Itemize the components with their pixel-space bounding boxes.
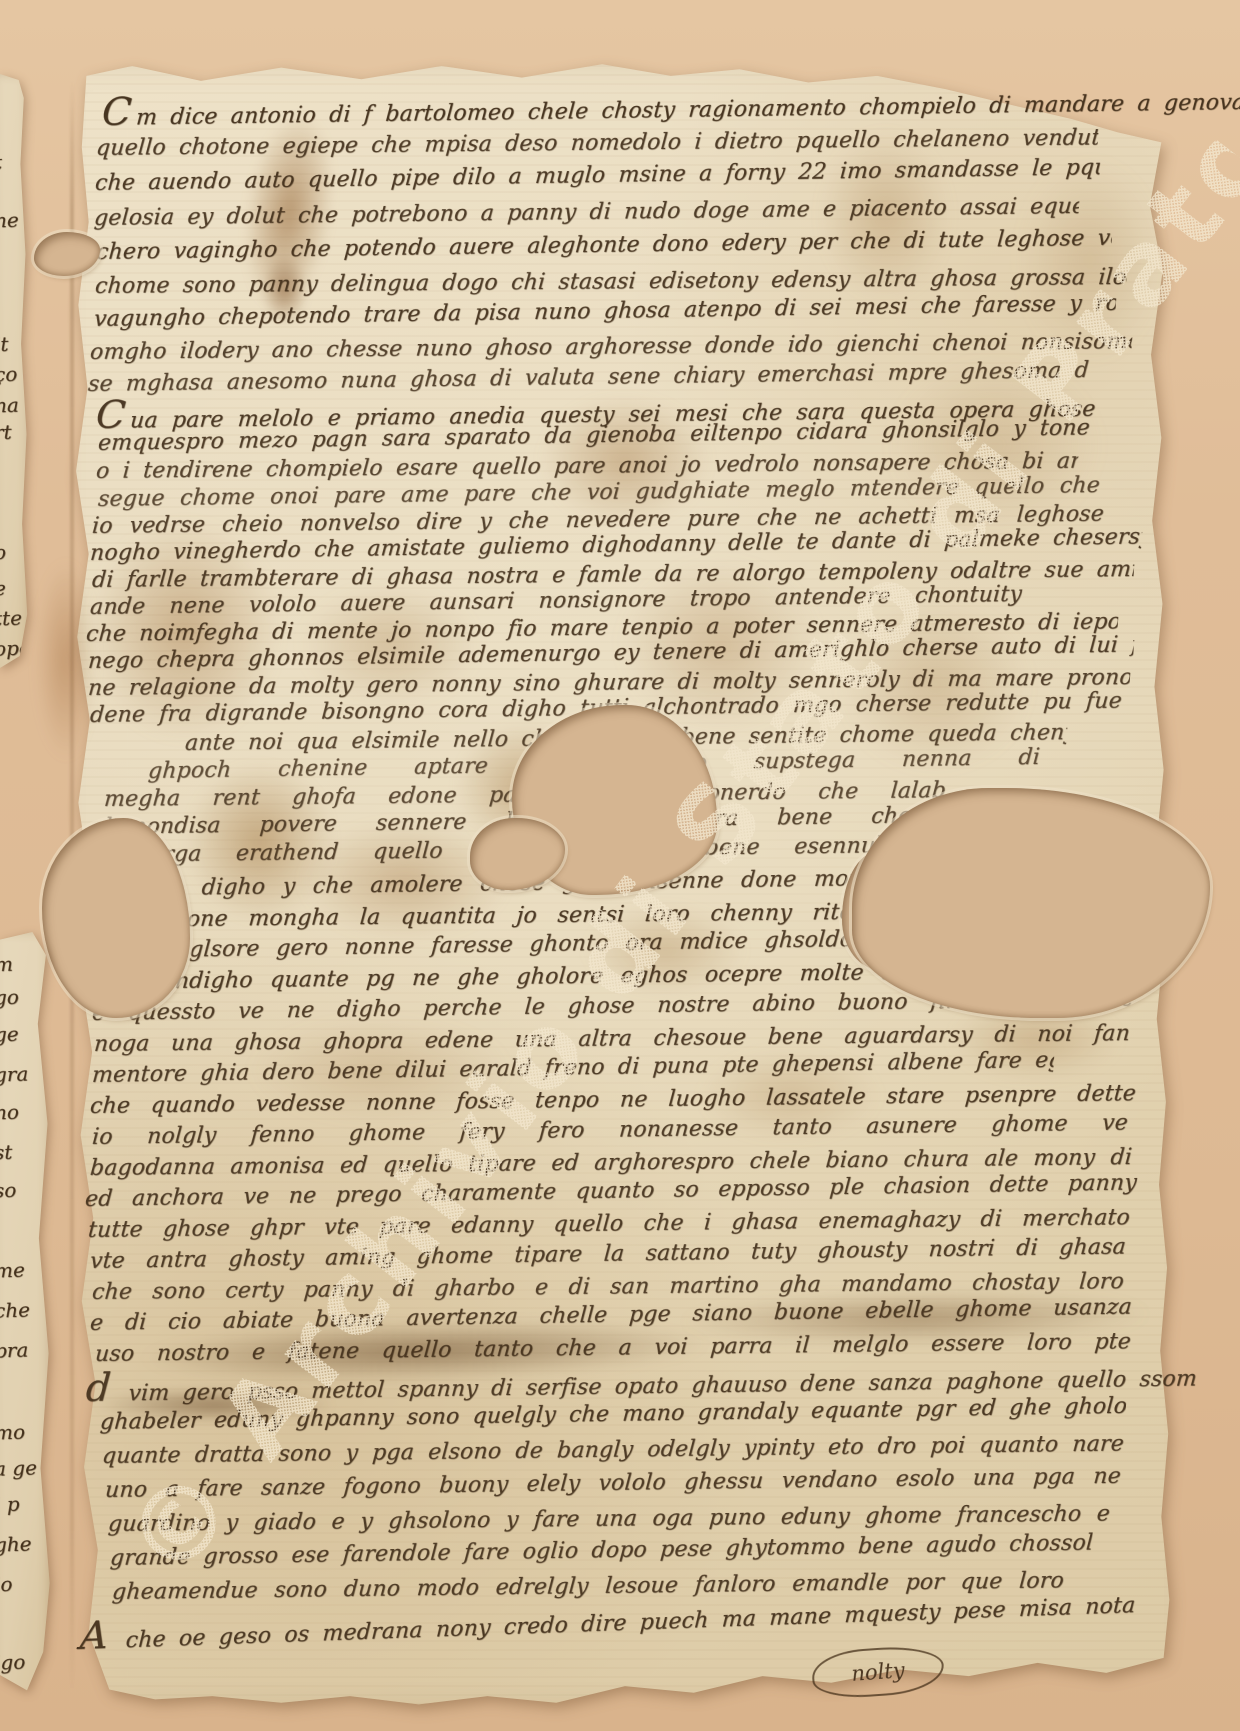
strip-bottom-fragment-12: a ge [0,1455,37,1480]
strip-top-fragment-9: tte [0,606,22,631]
strip-top-fragment-10: opo [0,635,31,660]
strip-top-fragment-11: ga [0,665,19,690]
adjacent-page-strips: tneltçonartoetteopoga mgogegranostsomech… [0,0,1240,1731]
strip-top-fragment-1: t [0,150,2,174]
strip-bottom-fragment-4: gra [0,1061,29,1086]
strip-top-fragment-5: na [0,393,19,418]
strip-bottom-fragment-5: no [0,1100,19,1125]
strip-bottom-fragment-9: che [0,1297,30,1322]
strip-bottom-fragment-1: m [0,952,13,977]
strip-bottom-fragment-11: mo [0,1419,25,1444]
strip-bottom-fragment-10: pra [0,1337,29,1362]
strip-bottom-fragment-13: i p [0,1492,20,1517]
strip-bottom-fragment-7: so [0,1178,17,1203]
strip-top-fragment-2: ne [0,208,19,233]
strip-top-fragment-6: rt [0,420,12,445]
strip-bottom-fragment-16: lgo [0,1649,26,1674]
strip-bottom-fragment-8: me [0,1257,25,1282]
adjacent-page-strip-top: tneltçonartoetteopoga [0,74,34,674]
strip-top-fragment-4: ço [0,362,18,387]
strip-top-fragment-8: e [0,576,6,600]
strip-bottom-fragment-6: st [0,1140,13,1165]
adjacent-page-strip-bottom: mgogegranostsomechepramoa gei pghelolgo [0,932,54,1698]
strip-top-fragment-3: lt [0,332,9,356]
strip-bottom-fragment-15: lo [0,1572,13,1597]
strip-top-fragment-7: o [0,540,6,564]
strip-bottom-fragment-14: ghe [0,1531,32,1556]
strip-bottom-fragment-3: ge [0,1022,19,1047]
scanned-manuscript-page: Cm dice antonio di f bartolomeo chele ch… [0,0,1240,1731]
strip-bottom-fragment-2: go [0,985,19,1010]
